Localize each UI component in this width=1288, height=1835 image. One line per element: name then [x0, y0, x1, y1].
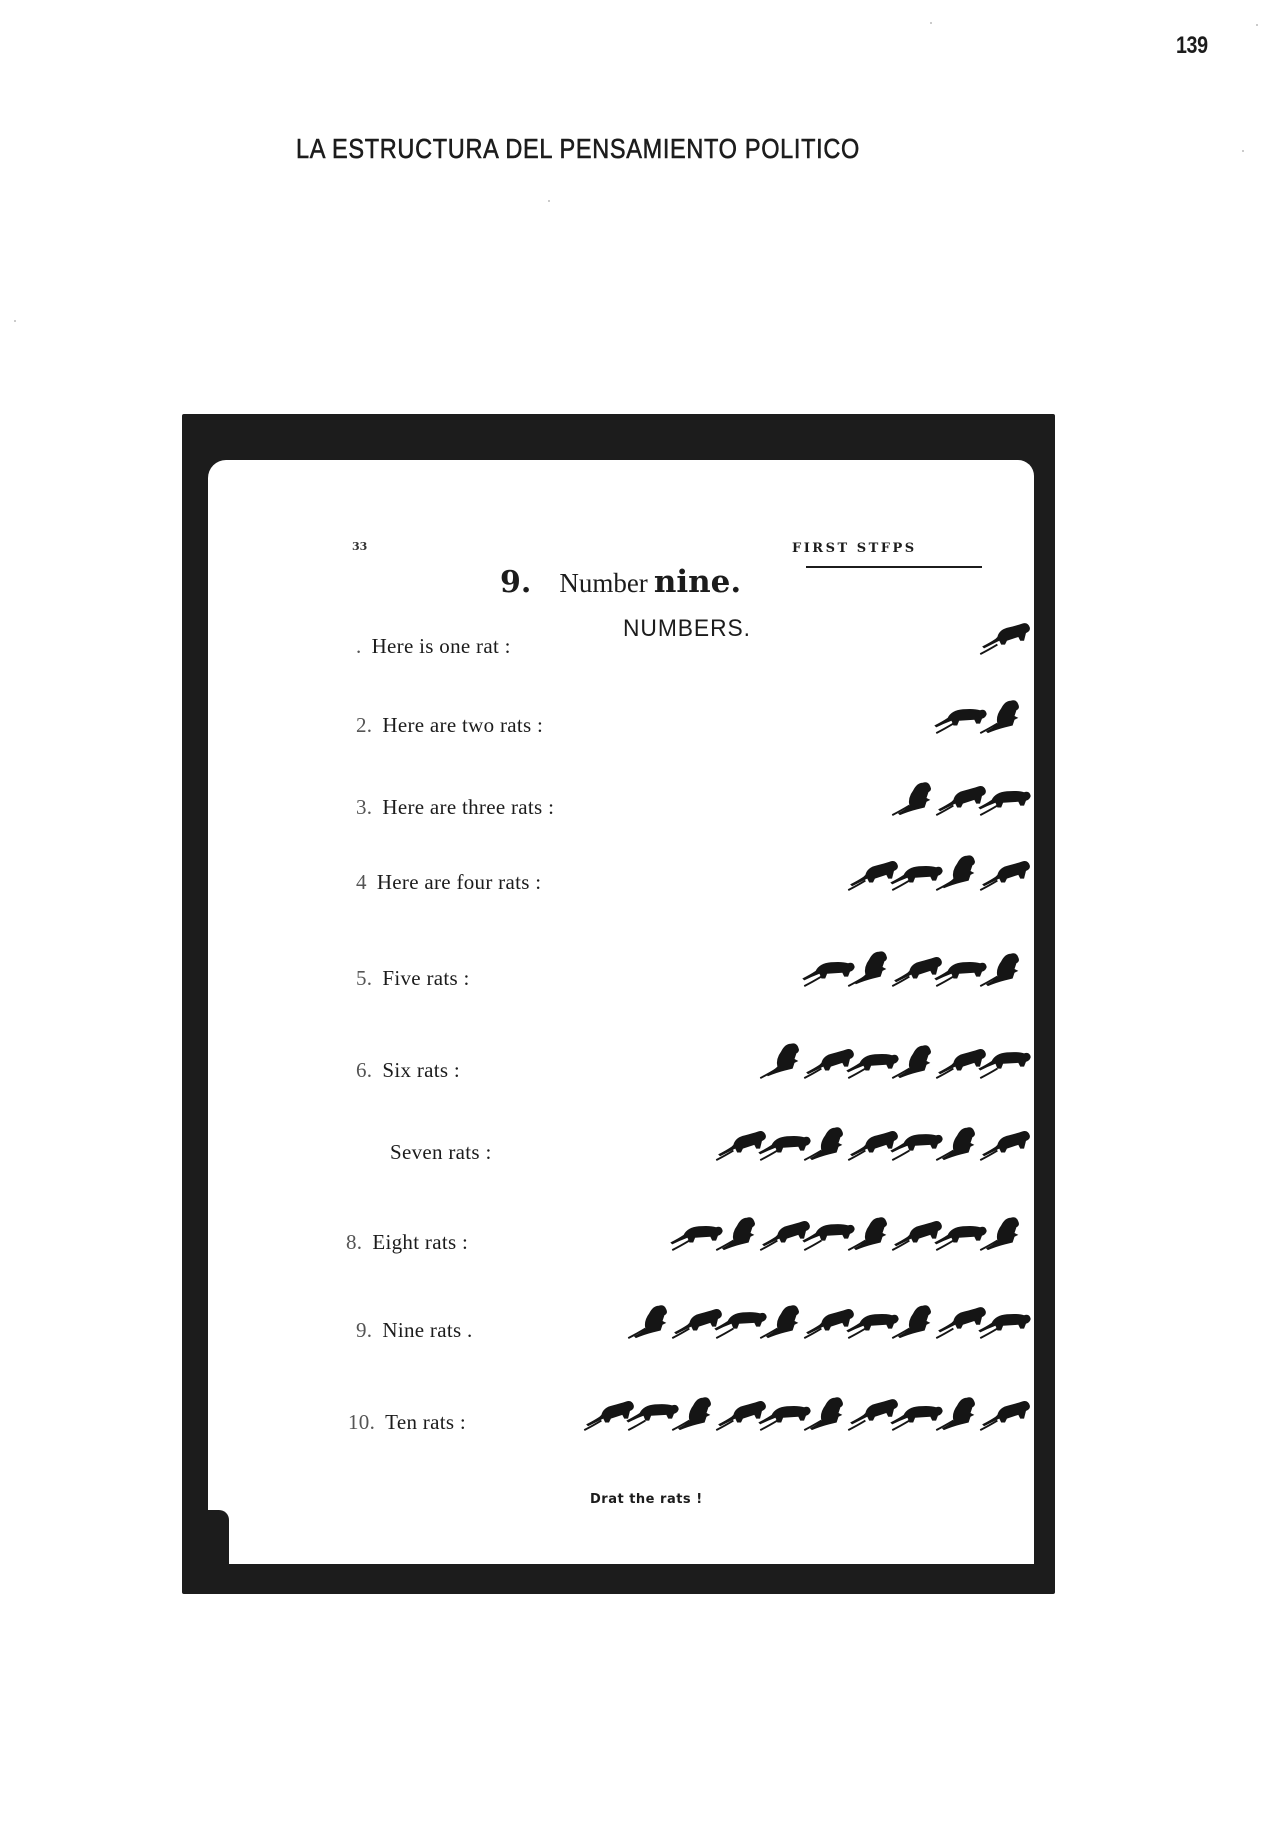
- rat-row: [946, 695, 1034, 735]
- row-label: 4Here are four rats :: [356, 870, 541, 895]
- row-text: Eight rats :: [372, 1230, 468, 1254]
- row-label: 9.Nine rats .: [356, 1318, 473, 1343]
- rat-row: [638, 1300, 1034, 1340]
- row-label: 10.Ten rats :: [348, 1410, 466, 1435]
- row-text: Here are four rats :: [377, 870, 542, 894]
- rat-row: [726, 1122, 1034, 1162]
- row-index: 4: [356, 870, 367, 894]
- row-text: Nine rats .: [382, 1318, 472, 1342]
- rat-silhouette-icon: [976, 1040, 1034, 1080]
- row-index: 10.: [348, 1410, 375, 1434]
- row-label: 8.Eight rats :: [346, 1230, 468, 1255]
- row-index: 9.: [356, 1318, 372, 1342]
- row-label: 6.Six rats :: [356, 1058, 460, 1083]
- rat-row: [902, 777, 1034, 817]
- rat-silhouette-icon: [976, 1212, 1034, 1252]
- running-head: LA ESTRUCTURA DEL PENSAMIENTO POLITICO: [296, 133, 860, 165]
- rat-row: [682, 1212, 1034, 1252]
- lesson-word: Number: [559, 568, 647, 598]
- caption: Drat the rats !: [590, 1492, 703, 1507]
- row-text: Five rats :: [382, 966, 469, 990]
- row-label: 3.Here are three rats :: [356, 795, 554, 820]
- plate-folio: 33: [352, 540, 367, 553]
- row-text: Ten rats :: [385, 1410, 466, 1434]
- rat-row: [814, 948, 1034, 988]
- rat-silhouette-icon: [976, 777, 1034, 817]
- lesson-number: 9.: [500, 565, 531, 600]
- rat-silhouette-icon: [976, 1300, 1034, 1340]
- rat-row: [990, 616, 1034, 656]
- section-head: FIRST STFPS: [792, 541, 917, 556]
- rat-silhouette-icon: [976, 616, 1034, 656]
- rat-silhouette-icon: [976, 695, 1034, 735]
- rat-row: [594, 1392, 1034, 1432]
- row-label: Seven rats :: [380, 1140, 492, 1165]
- lesson-emphasis: nine.: [654, 564, 741, 600]
- row-index: 5.: [356, 966, 372, 990]
- subhead: NUMBERS.: [623, 615, 751, 643]
- row-text: Here are three rats :: [382, 795, 554, 819]
- row-text: Here is one rat :: [372, 634, 511, 658]
- row-label: .Here is one rat :: [356, 634, 511, 659]
- rat-row: [858, 852, 1034, 892]
- row-text: Here are two rats :: [382, 713, 543, 737]
- row-index: 2.: [356, 713, 372, 737]
- row-label: 2.Here are two rats :: [356, 713, 543, 738]
- section-rule: [806, 566, 982, 568]
- rat-silhouette-icon: [976, 852, 1034, 892]
- page-number: 139: [1176, 32, 1208, 60]
- frame-notch: [199, 1510, 229, 1565]
- rat-silhouette-icon: [976, 1392, 1034, 1432]
- row-label: 5.Five rats :: [356, 966, 470, 991]
- lesson-title: 9.Numbernine.: [500, 564, 741, 600]
- row-text: Seven rats :: [390, 1140, 492, 1164]
- row-index: 6.: [356, 1058, 372, 1082]
- rat-silhouette-icon: [976, 1122, 1034, 1162]
- rat-row: [770, 1040, 1034, 1080]
- row-index: 3.: [356, 795, 372, 819]
- row-index: 8.: [346, 1230, 362, 1254]
- rat-silhouette-icon: [976, 948, 1034, 988]
- row-text: Six rats :: [382, 1058, 460, 1082]
- row-index: .: [356, 634, 362, 658]
